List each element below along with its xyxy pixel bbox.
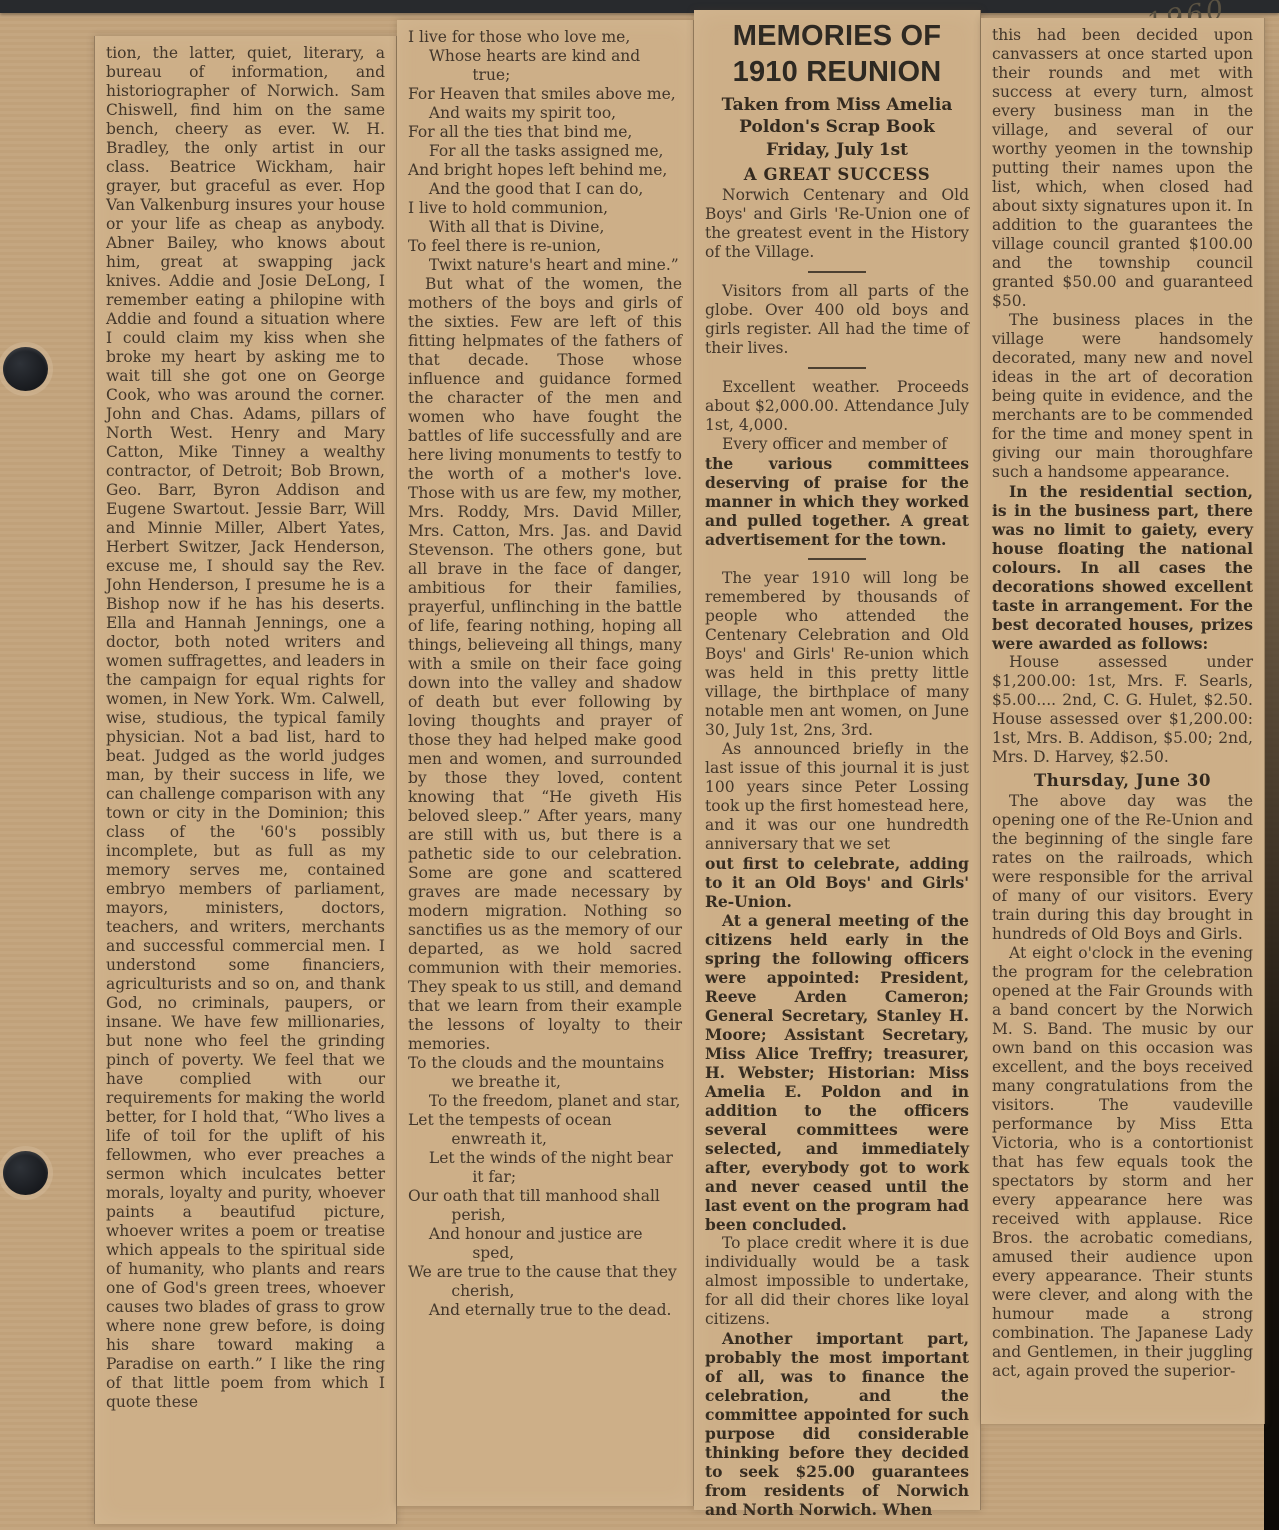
article-paragraph: out first to celebrate, adding to it an … [705,854,969,911]
poem-line: And the good that I can do, [429,180,682,199]
article-paragraph: The business places in the village were … [992,311,1253,482]
poem-line: Our oath that till manhood shall perish, [408,1187,682,1225]
article-paragraph: At eight o'clock in the evening the prog… [992,944,1253,1381]
poem-line: And waits my spirit too, [429,104,682,123]
article-paragraph: The above day was the opening one of the… [992,792,1253,944]
article-subhead: A GREAT SUCCESS [705,165,969,184]
poem-line: For all the tasks assigned me, [429,142,682,161]
section-divider-rule [808,558,866,560]
article-paragraph: Another important part, probably the mos… [705,1329,969,1519]
clipping-column-2: I live for those who love me,Whose heart… [397,20,694,1506]
article-paragraph: But what of the women, the mothers of th… [408,275,682,1054]
poem-line: To the freedom, planet and star, [429,1092,682,1111]
poem-line: Whose hearts are kind and true; [429,47,682,85]
article-paragraph: To place credit where it is due individu… [705,1234,969,1329]
poem-line: And honour and justice are sped, [429,1225,682,1263]
binder-hole-bottom [3,1151,48,1195]
clipping-column-1: tion, the latter, quiet, literary, a bur… [94,36,397,1524]
album-top-edge [0,0,1279,13]
article-paragraph: this had been decided upon canvassers at… [992,26,1253,311]
article-paragraph: At a general meeting of the citizens hel… [705,911,969,1234]
article-subtitle: Taken from Miss Amelia Poldon's Scrap Bo… [705,94,969,138]
poem-line: To feel there is re-union, [408,237,682,256]
poem-line: We are true to the cause that they cheri… [408,1263,682,1301]
article-paragraph: tion, the latter, quiet, literary, a bur… [106,44,385,1412]
article-paragraph: Excellent weather. Proceeds about $2,000… [705,378,969,435]
article-headline: MEMORIES OF 1910 REUNION [705,18,969,91]
poem-line: And bright hopes left behind me, [408,161,682,180]
poem-line: To the clouds and the mountains we breat… [408,1054,682,1092]
poem-stanza: I live for those who love me,Whose heart… [408,28,682,275]
article-paragraph: In the residential section, is in the bu… [992,482,1253,653]
clipping-column-4: this had been decided upon canvassers at… [981,18,1265,1424]
article-paragraph: Visitors from all parts of the globe. Ov… [705,282,969,358]
poem-line: I live for those who love me, [408,28,682,47]
article-paragraph: Every officer and member of [705,435,969,454]
poem-line: I live to hold communion, [408,199,682,218]
binder-hole-top [3,347,48,391]
poem-line: For Heaven that smiles above me, [408,85,682,104]
section-divider-rule [808,367,866,369]
article-paragraph: Norwich Centenary and Old Boys' and Girl… [705,186,969,262]
scrapbook-page: { "annotations": { "year": "1960" }, "co… [0,0,1279,1530]
article-paragraph: The year 1910 will long be remembered by… [705,569,969,740]
article-subhead: Thursday, June 30 [992,771,1253,790]
clipping-column-3: MEMORIES OF 1910 REUNIONTaken from Miss … [694,10,981,1510]
article-subtitle: Friday, July 1st [705,139,969,161]
page-right-edge-shadow [1264,0,1279,1530]
article-paragraph: As announced briefly in the last issue o… [705,740,969,854]
poem-line: Twixt nature's heart and mine.” [429,256,682,275]
article-paragraph: House assessed under $1,200.00: 1st, Mrs… [992,653,1253,767]
poem-line: And eternally true to the dead. [429,1301,682,1320]
poem-line: With all that is Divine, [429,218,682,237]
poem-line: Let the winds of the night bear it far; [429,1149,682,1187]
poem-stanza: To the clouds and the mountains we breat… [408,1054,682,1320]
poem-line: For all the ties that bind me, [408,123,682,142]
poem-line: Let the tempests of ocean enwreath it, [408,1111,682,1149]
article-paragraph: the various committees deserving of prai… [705,454,969,549]
section-divider-rule [808,271,866,273]
